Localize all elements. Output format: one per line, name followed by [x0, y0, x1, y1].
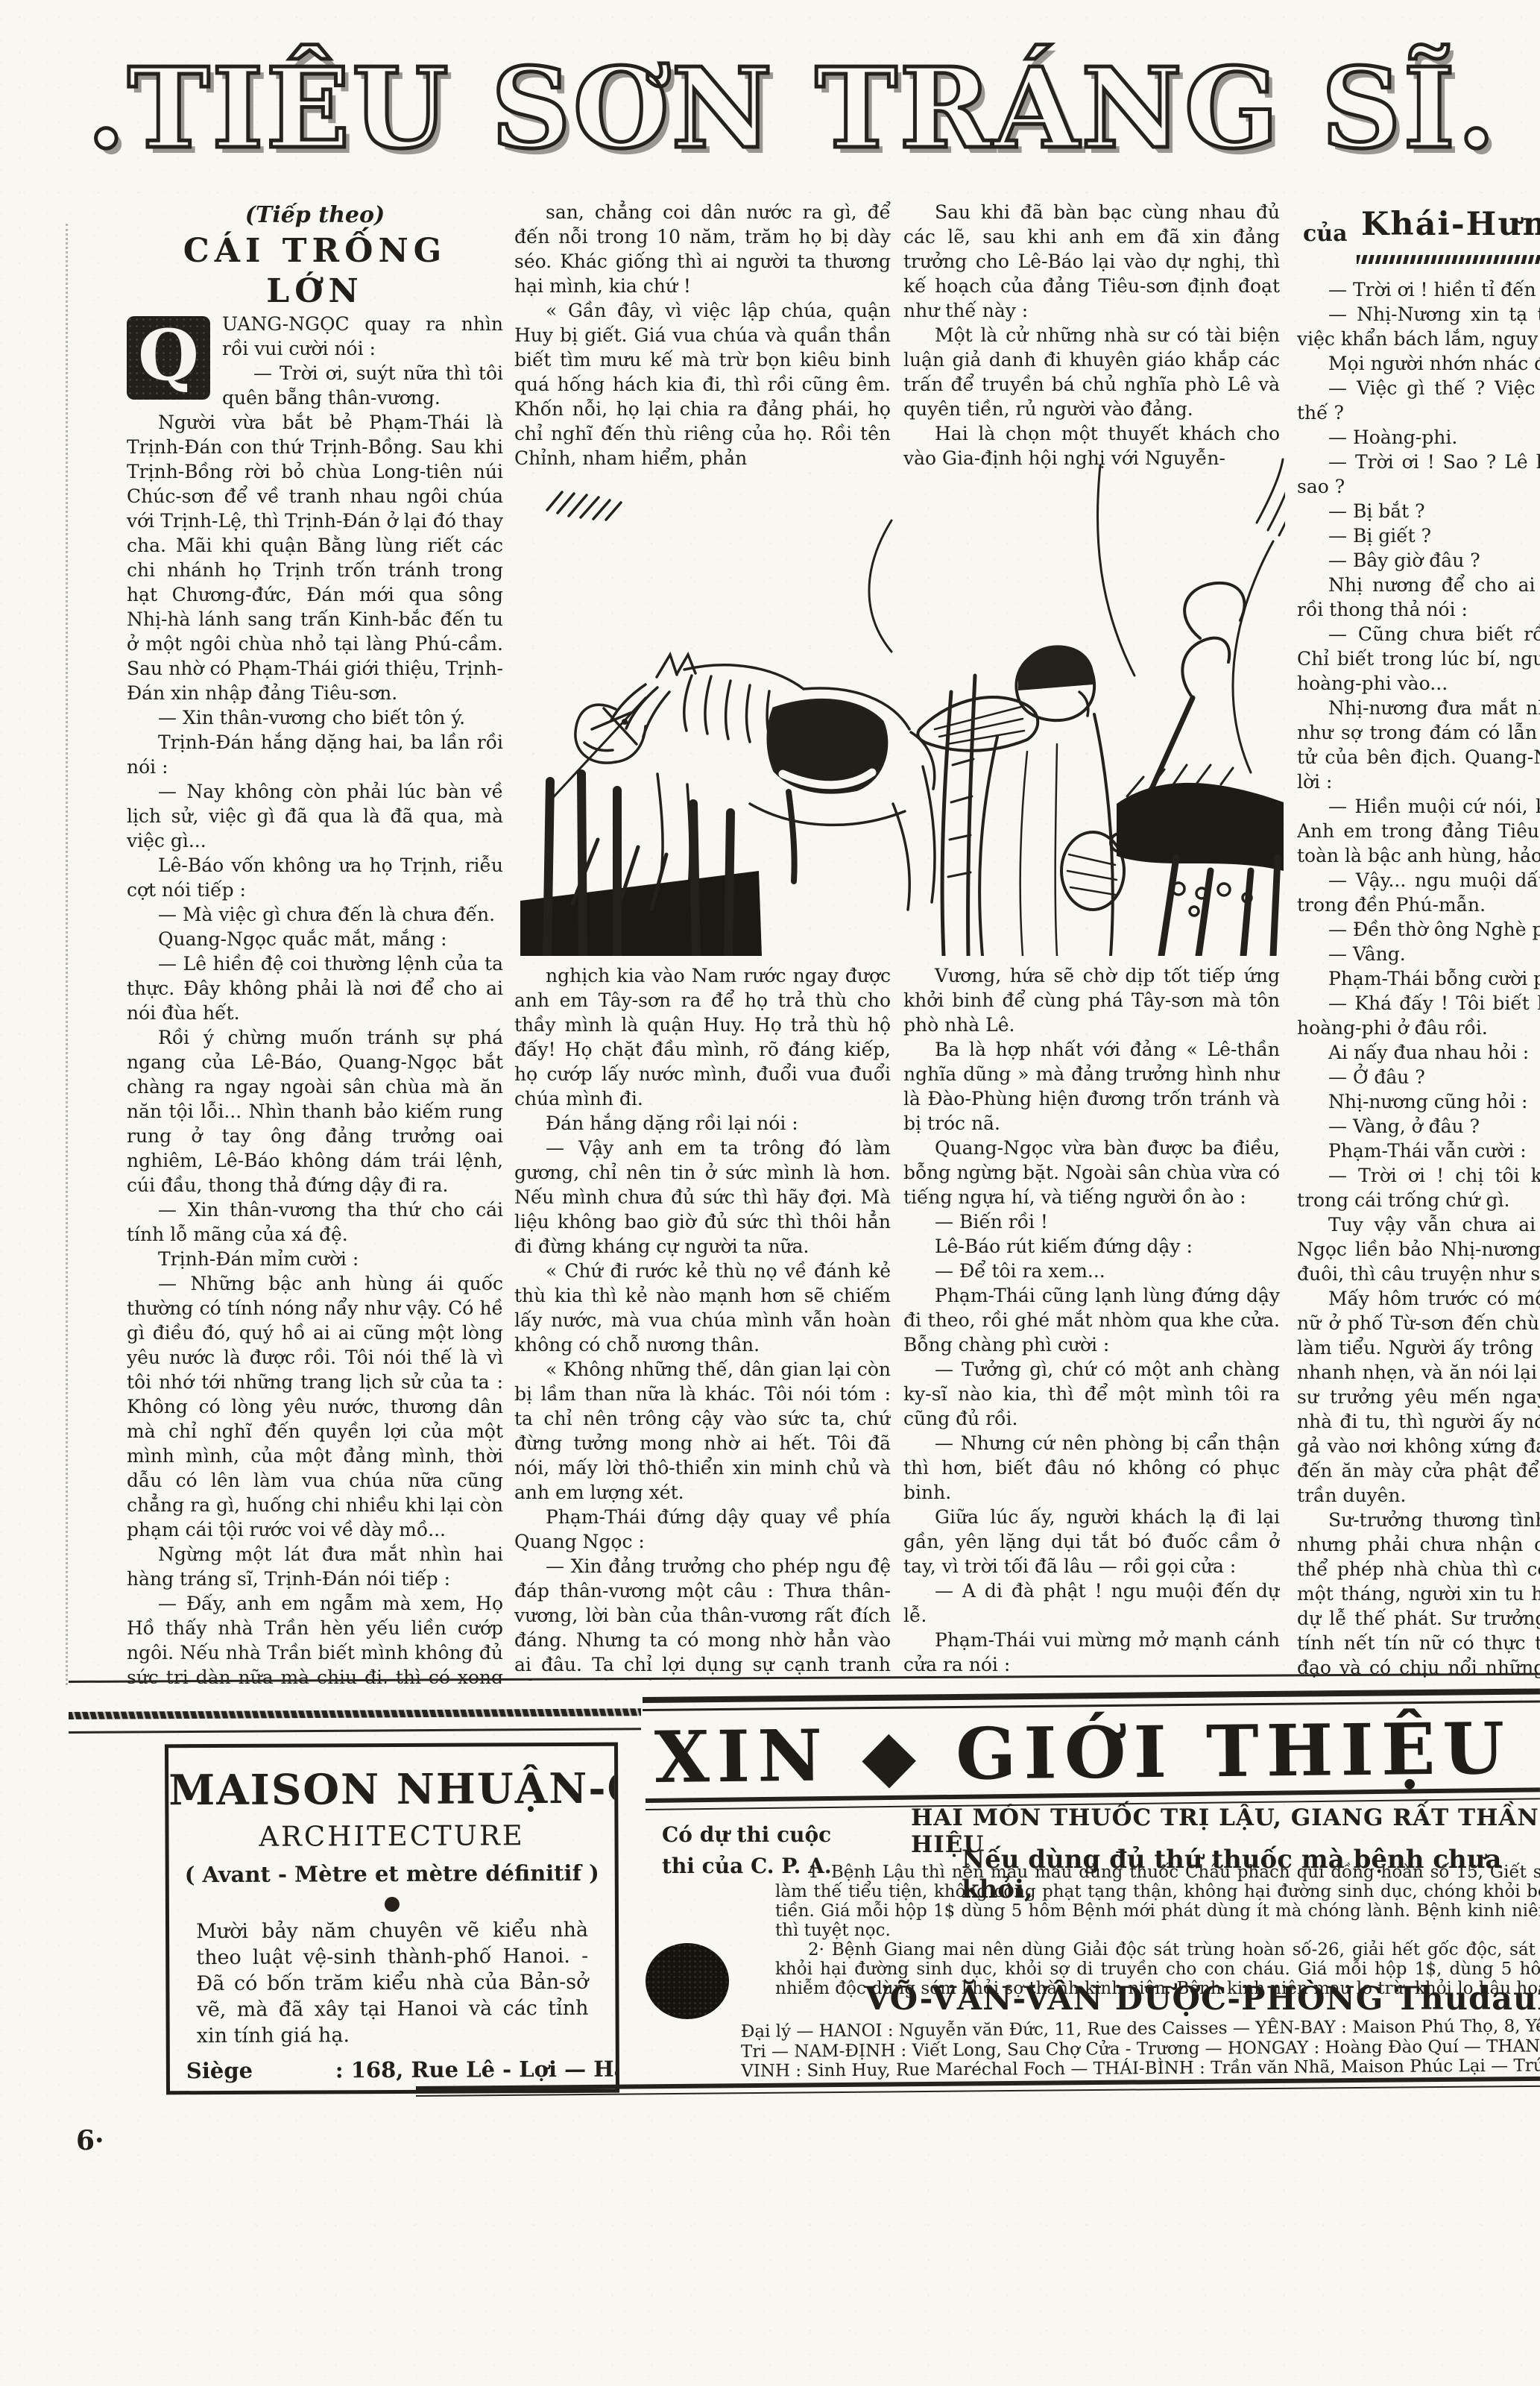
left-margin-speckle	[66, 224, 68, 1685]
story-paragraph: — Ở đâu ?	[1297, 1065, 1540, 1089]
story-paragraph: — Trời ơi ! Sao ? Lê hoàng-phi làm sao ?	[1297, 450, 1540, 499]
agents-list: Đại lý — HANOI : Nguyễn văn Đức, 11, Rue…	[741, 2015, 1540, 2082]
story-paragraph: Phạm-Thái đứng dậy quay về phía Quang Ng…	[514, 1505, 891, 1554]
story-paragraph: Trịnh-Đán hắng dặng hai, ba lần rồi nói …	[127, 730, 503, 779]
story-paragraph: — Trời ơi ! hiền tỉ đến trễ quá !	[1297, 277, 1540, 302]
story-paragraph: Lê-Báo vốn không ưa họ Trịnh, riễu cợt n…	[127, 853, 503, 902]
story-paragraph: — Tưởng gì, chứ có một anh chàng ky-sĩ n…	[903, 1357, 1280, 1431]
page-title: .TIÊU SƠN TRÁNG SĨ.	[82, 43, 1503, 173]
story-paragraph: — Trời ơi ! chị tôi khéo vờ quá... trong…	[1297, 1163, 1540, 1212]
page-number: 6·	[76, 2125, 104, 2156]
story-paragraph: — Bị giết ?	[1297, 523, 1540, 548]
story-paragraph: — Xin thân-vương tha thứ cho cái tính lỗ…	[127, 1197, 503, 1247]
byline-author: Khái-Hưng	[1361, 206, 1540, 243]
ad-section-thin-rule	[69, 1728, 641, 1734]
gioithieu-top-rule-heavy	[643, 1688, 1540, 1703]
story-paragraph: nghịch kia vào Nam rước ngay được anh em…	[514, 963, 891, 1111]
story-paragraph: — Mà việc gì chưa đến là chưa đến.	[127, 902, 503, 927]
story-paragraph: — Vâng.	[1297, 942, 1540, 966]
story-paragraph: Nhị-nương cũng hỏi :	[1297, 1089, 1540, 1114]
story-paragraph: Sư-trưởng thương tình cho ở chùa, nhưng …	[1297, 1508, 1540, 1682]
medicine-items: 1· Bệnh Lậu thì nên mau mau dùng thuốc C…	[775, 1863, 1540, 1998]
story-paragraph: Phạm-Thái vui mừng mở mạnh cánh cửa ra n…	[903, 1628, 1280, 1677]
maison-ad-title: MAISON NHUẬN-ỐC	[168, 1764, 614, 1816]
story-paragraph: Một là cử những nhà sư có tài biện luận …	[903, 323, 1280, 421]
byline-underline-rule	[1357, 255, 1540, 264]
story-column-3-bottom: Vương, hứa sẽ chờ dịp tốt tiếp ứng khởi …	[903, 963, 1280, 1681]
maison-nhuan-oc-ad: MAISON NHUẬN-ỐC ARCHITECTURE ( Avant - M…	[165, 1743, 619, 2095]
ad-section-hatched-rule	[69, 1708, 641, 1719]
story-paragraph: Nhị-nương đưa mắt nhìn mọi người như sợ …	[1297, 696, 1540, 794]
story-paragraph: « Gần đây, vì việc lập chúa, quận Huy bị…	[514, 298, 891, 470]
continuation-note: (Tiếp theo)	[127, 200, 503, 231]
story-paragraph: Giữa lúc ấy, người khách lạ đi lại gần, …	[903, 1505, 1280, 1578]
story-paragraph: — Cũng chưa biết rồi sau ra sao. Chỉ biế…	[1297, 622, 1540, 696]
story-column-1: (Tiếp theo) CÁI TRỐNG LỚN QUANG-NGỌC qua…	[127, 200, 503, 1684]
drop-cap: Q	[127, 316, 210, 400]
story-paragraph: — Nhị-Nương xin tạ tội. Nhưng có việc kh…	[1297, 302, 1540, 351]
story-paragraph: Mấy hôm trước có một người thiếu nữ ở ph…	[1297, 1286, 1540, 1508]
story-paragraph: Quang-Ngọc vừa bàn được ba điều, bỗng ng…	[903, 1136, 1280, 1209]
story-paragraph: Vương, hứa sẽ chờ dịp tốt tiếp ứng khởi …	[903, 963, 1280, 1037]
byline-prefix: của	[1303, 221, 1348, 247]
maison-ad-body: Mười bảy năm chuyên vẽ kiểu nhà theo luậ…	[169, 1917, 616, 2050]
opening-text: UANG-NGỌC quay ra nhìn rồi vui cười nói …	[222, 313, 503, 359]
story-paragraph: san, chẳng coi dân nước ra gì, để đến nỗ…	[514, 200, 891, 298]
story-paragraph: — Bây giờ đâu ?	[1297, 548, 1540, 573]
story-paragraph: — Những bậc anh hùng ái quốc thường có t…	[127, 1271, 503, 1542]
story-paragraph: — Nhưng cứ nên phòng bị cẩn thận thì hơn…	[903, 1431, 1280, 1505]
story-paragraph: — A di đà phật ! ngu muội đến dự lễ.	[903, 1578, 1280, 1628]
story-paragraph: — Vậy... ngu muội dấu hoàng-phi ở trong …	[1297, 868, 1540, 917]
maison-ad-tagline: ( Avant - Mètre et mètre définitif )	[169, 1860, 615, 1888]
story-column-3-top: Sau khi đã bàn bạc cùng nhau đủ các lẽ, …	[903, 200, 1280, 528]
story-paragraph: — Xin thân-vương cho biết tôn ý.	[127, 705, 503, 730]
story-paragraph: Nhị nương để cho ai nấy hỏi xong rồi tho…	[1297, 573, 1540, 622]
story-paragraph: Rồi ý chừng muốn tránh sự phá ngang của …	[127, 1025, 503, 1197]
story-column-4: — Trời ơi ! hiền tỉ đến trễ quá !— Nhị-N…	[1297, 277, 1540, 1682]
medicine-item: 1· Bệnh Lậu thì nên mau mau dùng thuốc C…	[775, 1863, 1540, 1940]
maison-ad-subtitle: ARCHITECTURE	[168, 1819, 614, 1854]
story-paragraph: Đán hắng dặng rồi lại nói :	[514, 1111, 891, 1136]
maison-ad-siege: Siège: 168, Rue Lê - Lợi — Hanoi	[170, 2056, 616, 2084]
chapter-title: CÁI TRỐNG LỚN	[127, 231, 503, 312]
story-paragraph: — Khá đấy ! Tôi biết hiền tỉ đã dấu hoàn…	[1297, 991, 1540, 1040]
opening-paragraph: QUANG-NGỌC quay ra nhìn rồi vui cười nói…	[127, 312, 503, 361]
pharmacy-name: VÕ-VĂN-VÂN DƯỢC-PHÒNG Thudaumot (Nam-kỳ	[865, 1980, 1540, 2018]
story-paragraph: Trịnh-Đán mỉm cười :	[127, 1247, 503, 1271]
rosette-ornament-icon	[385, 1897, 400, 1912]
story-column-2-bottom: nghịch kia vào Nam rước ngay được anh em…	[514, 963, 891, 1681]
story-paragraph: — Đấy, anh em ngẫm mà xem, Họ Hồ thấy nh…	[127, 1591, 503, 1684]
story-paragraph: Lê-Báo rút kiếm đứng dậy :	[903, 1234, 1280, 1259]
story-paragraph: Phạm-Thái bỗng cười phá lên nói :	[1297, 966, 1540, 991]
story-paragraph: — Đền thờ ông Nghè phải không ?	[1297, 917, 1540, 942]
story-paragraph: — Biến rồi !	[903, 1209, 1280, 1234]
story-paragraph: — Hiền muội cứ nói, không lo ngại. Anh e…	[1297, 794, 1540, 868]
story-paragraph: Ba là hợp nhất với đảng « Lê-thần nghĩa …	[903, 1037, 1280, 1136]
story-paragraph: Ngừng một lát đưa mắt nhìn hai hàng trán…	[127, 1542, 503, 1591]
story-paragraph: — Bị bắt ?	[1297, 499, 1540, 523]
siege-value: : 168, Rue Lê - Lợi — Hanoi	[335, 2056, 619, 2083]
story-paragraph: Hai là chọn một thuyết khách cho vào Gia…	[903, 421, 1280, 470]
story-paragraph: — Nay không còn phải lúc bàn về lịch sử,…	[127, 779, 503, 853]
story-paragraph: Phạm-Thái vẫn cười :	[1297, 1139, 1540, 1163]
story-paragraph: Sau khi đã bàn bạc cùng nhau đủ các lẽ, …	[903, 200, 1280, 323]
story-paragraph: — Vậy anh em ta trông đó làm gương, chỉ …	[514, 1136, 891, 1259]
story-paragraph: Tuy vậy vẫn chưa ai hiểu. Quang-Ngọc liề…	[1297, 1212, 1540, 1286]
story-paragraph: — Lê hiền đệ coi thường lệnh của ta thực…	[127, 951, 503, 1025]
story-paragraph: — Vàng, ở đâu ?	[1297, 1114, 1540, 1139]
cpa-line-1: Có dự thi cuộc	[662, 1819, 832, 1851]
story-paragraph: — Việc gì thế ? Việc gì mà dữ dội thế ?	[1297, 376, 1540, 425]
story-paragraph: Phạm-Thái cũng lạnh lùng đứng dậy đi the…	[903, 1283, 1280, 1357]
story-paragraph: Người vừa bắt bẻ Phạm-Thái là Trịnh-Đán …	[127, 410, 503, 705]
story-paragraph: « Không những thế, dân gian lại còn bị l…	[514, 1357, 891, 1505]
story-paragraph: Ai nấy đua nhau hỏi :	[1297, 1040, 1540, 1065]
gioithieu-ad-title: XIN ◆ GIỚI THIỆU	[654, 1705, 1540, 1799]
story-paragraph: — Hoàng-phi.	[1297, 425, 1540, 450]
story-paragraph: « Chứ đi rước kẻ thù nọ về đánh kẻ thù k…	[514, 1259, 891, 1357]
black-disc-logo	[646, 1943, 729, 2019]
story-paragraph: — Xin đảng trưởng cho phép ngu đệ đáp th…	[514, 1554, 891, 1681]
siege-label: Siège	[186, 2057, 335, 2083]
succursale-label: Succursale	[186, 2091, 335, 2094]
story-paragraph: Mọi người nhớn nhác đều hỏi :	[1297, 351, 1540, 376]
story-paragraph: — Để tôi ra xem...	[903, 1259, 1280, 1283]
story-paragraph: Quang-Ngọc quắc mắt, mắng :	[127, 927, 503, 951]
newspaper-page: .TIÊU SƠN TRÁNG SĨ. của Khái-Hưng (Tiếp …	[0, 0, 1540, 2386]
